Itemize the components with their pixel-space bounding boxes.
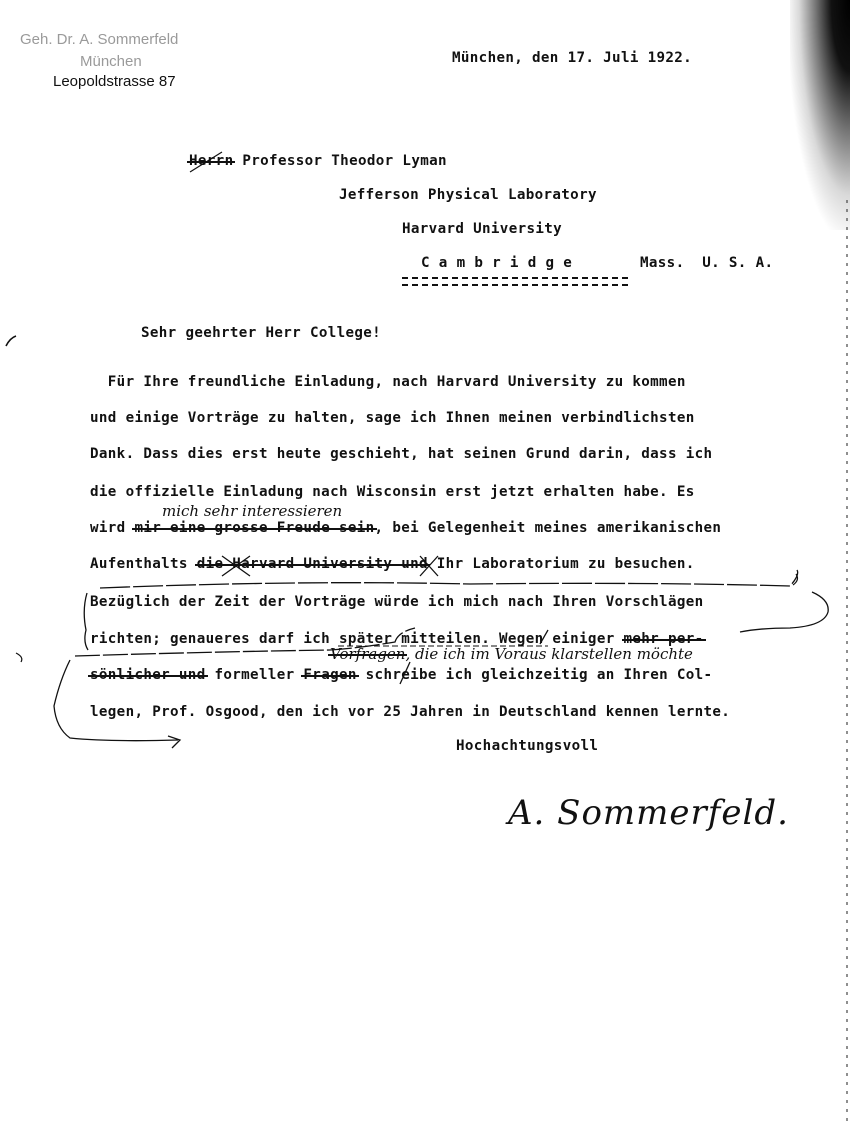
body-line-1: Für Ihre freundliche Einladung, nach Har… — [90, 374, 686, 390]
body-line-10: legen, Prof. Osgood, den ich vor 25 Jahr… — [90, 704, 730, 720]
scan-edge-line — [846, 200, 848, 1127]
body-line-5: wird mir eine grosse Freude sein, bei Ge… — [90, 520, 721, 536]
salutation: Sehr geehrter Herr College! — [141, 325, 381, 341]
signature: A. Sommerfeld. — [508, 793, 789, 833]
body-line-2: und einige Vorträge zu halten, sage ich … — [90, 410, 695, 426]
struck-insert: Vorfragen — [330, 645, 405, 663]
city-underline — [402, 277, 628, 286]
recipient-line1: Herrn Professor Theodor Lyman — [189, 153, 447, 169]
recipient-university: Harvard University — [402, 221, 562, 237]
letterhead-street: Leopoldstrasse 87 — [53, 73, 176, 90]
body-line-9: sönlicher und formeller Fragen schreibe … — [90, 667, 712, 683]
recipient-lab: Jefferson Physical Laboratory — [339, 187, 597, 203]
struck-phrase-5: Fragen — [303, 667, 356, 683]
dateline: München, den 17. Juli 1922. — [452, 50, 692, 66]
handwritten-insert-1: mich sehr interessieren — [162, 502, 342, 520]
recipient-name: Professor Theodor Lyman — [242, 153, 447, 169]
scan-edge-shadow — [790, 0, 850, 230]
body-line-4: die offizielle Einladung nach Wisconsin … — [90, 484, 695, 500]
recipient-city: C a m b r i d g e — [421, 255, 572, 271]
closing: Hochachtungsvoll — [456, 738, 598, 754]
body-line-6: Aufenthalts die Harvard University und I… — [90, 556, 695, 572]
letter-page: Geh. Dr. A. Sommerfeld München Leopoldst… — [0, 0, 850, 1127]
body-line-3: Dank. Dass dies erst heute geschieht, ha… — [90, 446, 712, 462]
struck-phrase-1: mir eine grosse Freude sein — [134, 520, 374, 536]
letterhead-name: Geh. Dr. A. Sommerfeld — [20, 31, 178, 48]
struck-phrase-4: sönlicher und — [90, 667, 206, 683]
body-line-7: Bezüglich der Zeit der Vorträge würde ic… — [90, 594, 704, 610]
recipient-region: Mass. U. S. A. — [640, 255, 773, 271]
handwritten-insert-2: Vorfragen, die ich im Voraus klarstellen… — [330, 645, 693, 663]
struck-title: Herrn — [189, 153, 233, 169]
letterhead-city: München — [80, 53, 142, 70]
struck-phrase-2: die Harvard University und — [197, 556, 428, 572]
